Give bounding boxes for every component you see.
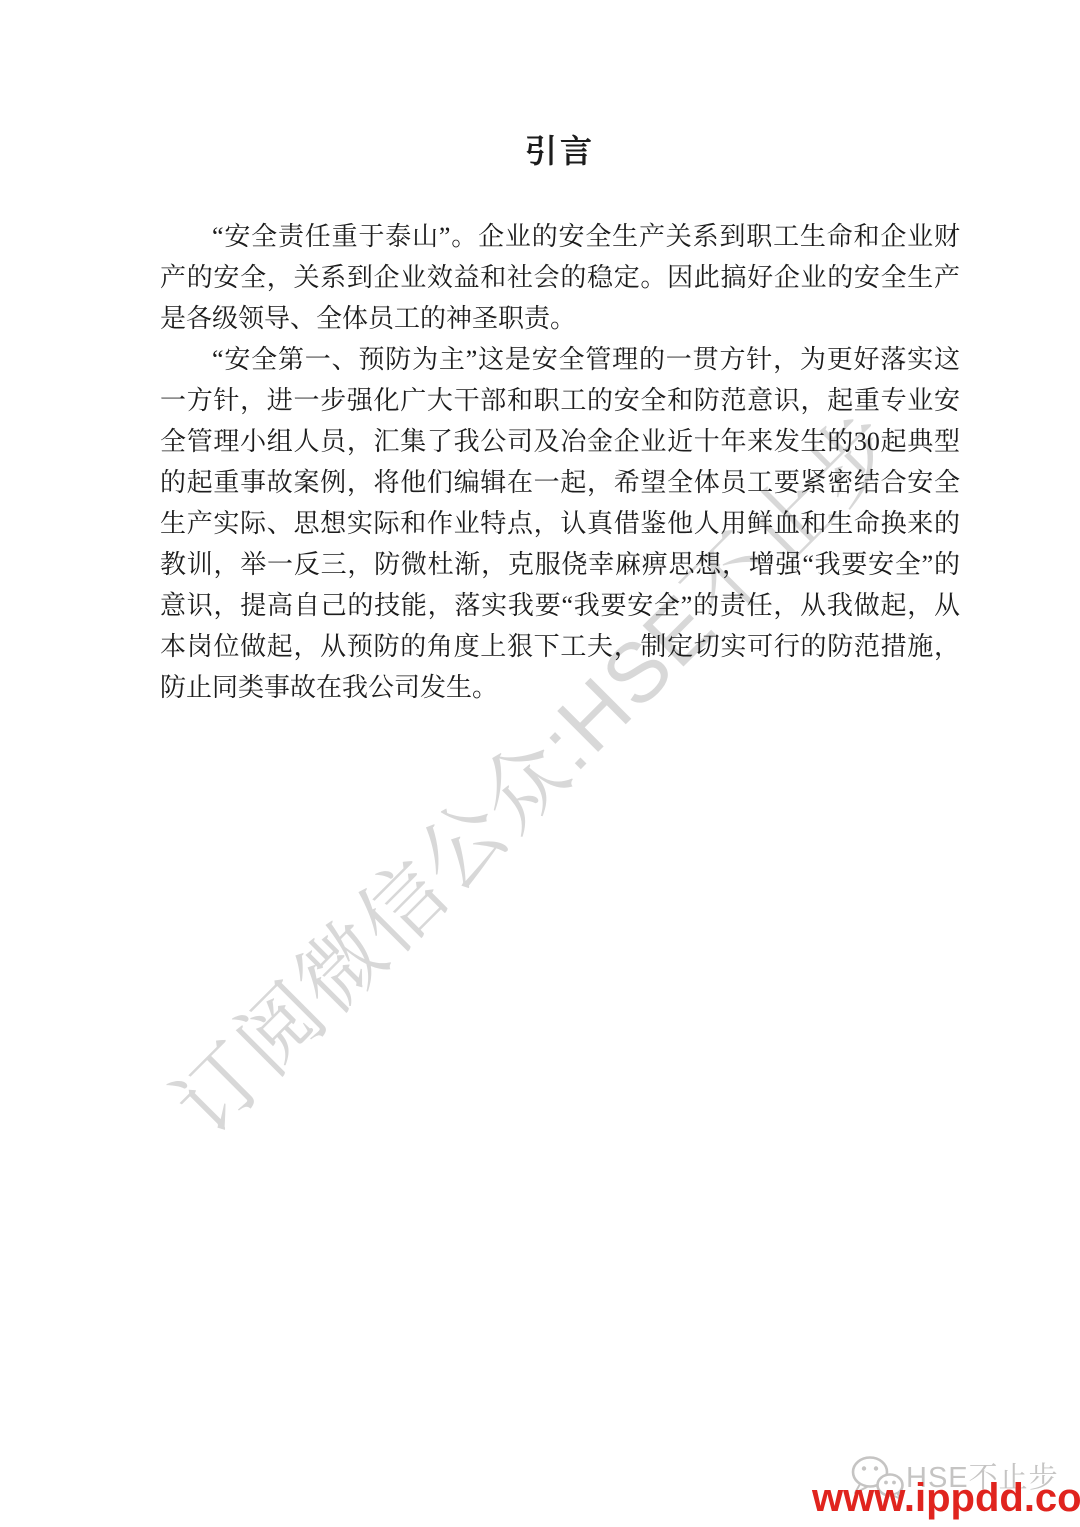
paragraph-2: “安全第一、预防为主”这是安全管理的一贯方针，为更好落实这一方针，进一步强化广大… — [160, 339, 960, 708]
paragraph-1: “安全责任重于泰山”。企业的安全生产关系到职工生命和企业财产的安全，关系到企业效… — [160, 216, 960, 339]
website-url: www.ippdd.com — [812, 1477, 1080, 1519]
page-title: 引言 — [160, 133, 960, 169]
document-page: 订阅微信公众:HSE不止步 引言 “安全责任重于泰山”。企业的安全生产关系到职工… — [0, 0, 1080, 1527]
document-body: “安全责任重于泰山”。企业的安全生产关系到职工生命和企业财产的安全，关系到企业效… — [160, 216, 960, 708]
